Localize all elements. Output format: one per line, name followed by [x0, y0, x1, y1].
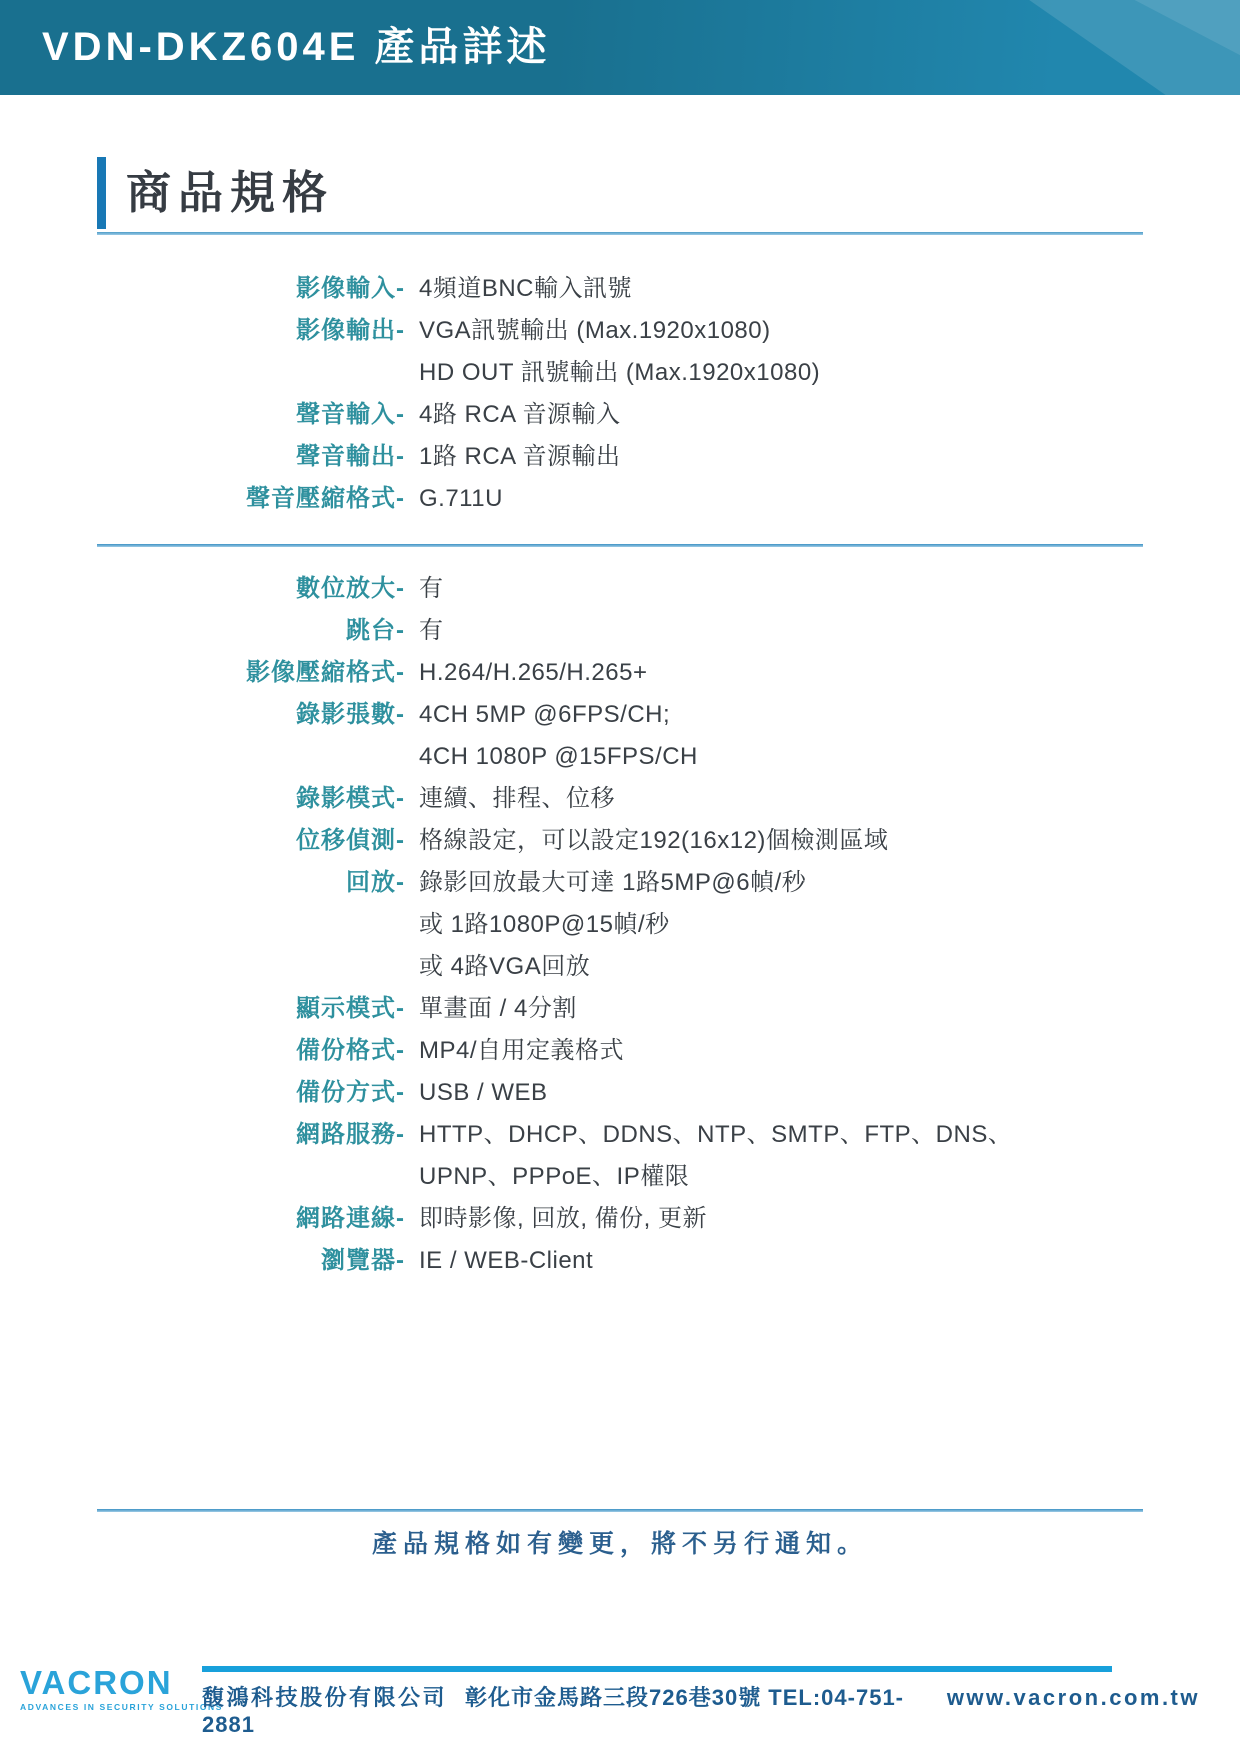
- spec-label: 跳台-: [97, 610, 405, 652]
- footer-rule: [202, 1666, 1112, 1672]
- spec-row: 聲音壓縮格式- G.711U: [97, 478, 1143, 520]
- spec-value-line: IE / WEB-Client: [419, 1240, 1143, 1282]
- spec-value-line: 錄影回放最大可達 1路5MP@6幀/秒: [419, 862, 1143, 904]
- spec-value-line: H.264/H.265/H.265+: [419, 652, 1143, 694]
- spec-label: 錄影張數-: [97, 694, 405, 778]
- spec-label: 瀏覽器-: [97, 1240, 405, 1282]
- spec-value-line: 4頻道BNC輸入訊號: [419, 268, 1143, 310]
- page-title: VDN-DKZ604E 產品詳述: [0, 0, 1240, 95]
- spec-row: 錄影張數- 4CH 5MP @6FPS/CH;4CH 1080P @15FPS/…: [97, 694, 1143, 778]
- spec-label: 聲音壓縮格式-: [97, 478, 405, 520]
- spec-label: 聲音輸入-: [97, 394, 405, 436]
- spec-value: 有: [419, 568, 1143, 610]
- spec-value: 單畫面 / 4分割: [419, 988, 1143, 1030]
- spec-value-line: 4CH 1080P @15FPS/CH: [419, 736, 1143, 778]
- footer: VACRON ADVANCES IN SECURITY SOLUTIONS 馥鴻…: [20, 1666, 1200, 1738]
- footer-company: 馥鴻科技股份有限公司: [202, 1685, 447, 1710]
- spec-row: 網路連線- 即時影像, 回放, 備份, 更新: [97, 1198, 1143, 1240]
- spec-value-line: HD OUT 訊號輸出 (Max.1920x1080): [419, 352, 1143, 394]
- spec-value: 連續、排程、位移: [419, 778, 1143, 820]
- spec-row: 聲音輸入- 4路 RCA 音源輸入: [97, 394, 1143, 436]
- spec-label: 數位放大-: [97, 568, 405, 610]
- spec-value-line: 即時影像, 回放, 備份, 更新: [419, 1198, 1143, 1240]
- spec-value-line: 格線設定，可以設定192(16x12)個檢測區域: [419, 820, 1143, 862]
- spec-section-recording-network: 數位放大- 有 跳台- 有 影像壓縮格式- H.264/H.265/H.265+…: [97, 568, 1143, 1282]
- spec-label: 備份格式-: [97, 1030, 405, 1072]
- spec-row: 聲音輸出- 1路 RCA 音源輸出: [97, 436, 1143, 478]
- spec-value-line: 1路 RCA 音源輸出: [419, 436, 1143, 478]
- spec-row: 顯示模式- 單畫面 / 4分割: [97, 988, 1143, 1030]
- spec-value-line: VGA訊號輸出 (Max.1920x1080): [419, 310, 1143, 352]
- section-divider: [97, 544, 1143, 547]
- section-title: 商品規格: [97, 157, 1143, 229]
- spec-value: IE / WEB-Client: [419, 1240, 1143, 1282]
- spec-value: USB / WEB: [419, 1072, 1143, 1114]
- footer-text-row: 馥鴻科技股份有限公司彰化市金馬路三段726巷30號 TEL:04-751-288…: [202, 1681, 1200, 1738]
- spec-value: VGA訊號輸出 (Max.1920x1080)HD OUT 訊號輸出 (Max.…: [419, 310, 1143, 394]
- spec-row: 影像壓縮格式- H.264/H.265/H.265+: [97, 652, 1143, 694]
- spec-label: 網路服務-: [97, 1114, 405, 1198]
- spec-row: 網路服務- HTTP、DHCP、DDNS、NTP、SMTP、FTP、DNS、UP…: [97, 1114, 1143, 1198]
- spec-row: 數位放大- 有: [97, 568, 1143, 610]
- spec-value-line: 或 4路VGA回放: [419, 946, 1143, 988]
- vacron-logo-tagline: ADVANCES IN SECURITY SOLUTIONS: [20, 1702, 188, 1712]
- spec-value-line: 4路 RCA 音源輸入: [419, 394, 1143, 436]
- spec-value: 4路 RCA 音源輸入: [419, 394, 1143, 436]
- spec-label: 影像壓縮格式-: [97, 652, 405, 694]
- spec-row: 備份格式- MP4/自用定義格式: [97, 1030, 1143, 1072]
- spec-value-line: 有: [419, 610, 1143, 652]
- spec-label: 備份方式-: [97, 1072, 405, 1114]
- vacron-logo-wordmark: VACRON: [20, 1668, 188, 1698]
- spec-row: 影像輸出- VGA訊號輸出 (Max.1920x1080)HD OUT 訊號輸出…: [97, 310, 1143, 394]
- spec-value-line: G.711U: [419, 478, 1143, 520]
- spec-label: 影像輸出-: [97, 310, 405, 394]
- spec-row: 回放- 錄影回放最大可達 1路5MP@6幀/秒或 1路1080P@15幀/秒或 …: [97, 862, 1143, 988]
- spec-value: HTTP、DHCP、DDNS、NTP、SMTP、FTP、DNS、UPNP、PPP…: [419, 1114, 1143, 1198]
- spec-row: 錄影模式- 連續、排程、位移: [97, 778, 1143, 820]
- spec-value: 格線設定，可以設定192(16x12)個檢測區域: [419, 820, 1143, 862]
- spec-row: 備份方式- USB / WEB: [97, 1072, 1143, 1114]
- spec-value-line: USB / WEB: [419, 1072, 1143, 1114]
- spec-value: MP4/自用定義格式: [419, 1030, 1143, 1072]
- footer-website: www.vacron.com.tw: [947, 1685, 1200, 1711]
- spec-sheet-page: VDN-DKZ604E 產品詳述 商品規格 影像輸入- 4頻道BNC輸入訊號 影…: [0, 0, 1240, 1754]
- vacron-logo: VACRON ADVANCES IN SECURITY SOLUTIONS: [20, 1666, 188, 1712]
- spec-row: 跳台- 有: [97, 610, 1143, 652]
- spec-label: 錄影模式-: [97, 778, 405, 820]
- spec-value: 有: [419, 610, 1143, 652]
- spec-label: 聲音輸出-: [97, 436, 405, 478]
- spec-value: 錄影回放最大可達 1路5MP@6幀/秒或 1路1080P@15幀/秒或 4路VG…: [419, 862, 1143, 988]
- spec-label: 影像輸入-: [97, 268, 405, 310]
- content-area: 商品規格 影像輸入- 4頻道BNC輸入訊號 影像輸出- VGA訊號輸出 (Max…: [0, 157, 1240, 1565]
- spec-value-line: 或 1路1080P@15幀/秒: [419, 904, 1143, 946]
- spec-label: 網路連線-: [97, 1198, 405, 1240]
- spec-list: 影像輸入- 4頻道BNC輸入訊號 影像輸出- VGA訊號輸出 (Max.1920…: [97, 235, 1143, 1565]
- footer-company-address: 馥鴻科技股份有限公司彰化市金馬路三段726巷30號 TEL:04-751-288…: [202, 1681, 947, 1738]
- spec-value: H.264/H.265/H.265+: [419, 652, 1143, 694]
- spec-value: G.711U: [419, 478, 1143, 520]
- spec-value-line: 有: [419, 568, 1143, 610]
- spec-value-line: UPNP、PPPoE、IP權限: [419, 1156, 1143, 1198]
- spec-value-line: 4CH 5MP @6FPS/CH;: [419, 694, 1143, 736]
- spec-value-line: 連續、排程、位移: [419, 778, 1143, 820]
- product-header: VDN-DKZ604E 產品詳述: [0, 0, 1240, 95]
- spec-change-note: 產品規格如有變更，將不另行通知。: [97, 1523, 1143, 1565]
- spec-value-line: 單畫面 / 4分割: [419, 988, 1143, 1030]
- spec-label: 位移偵測-: [97, 820, 405, 862]
- spec-value: 即時影像, 回放, 備份, 更新: [419, 1198, 1143, 1240]
- section-divider-bottom: [97, 1509, 1143, 1512]
- spec-row: 瀏覽器- IE / WEB-Client: [97, 1240, 1143, 1282]
- spec-value-line: MP4/自用定義格式: [419, 1030, 1143, 1072]
- spec-value: 4CH 5MP @6FPS/CH;4CH 1080P @15FPS/CH: [419, 694, 1143, 778]
- spec-value: 4頻道BNC輸入訊號: [419, 268, 1143, 310]
- spec-row: 影像輸入- 4頻道BNC輸入訊號: [97, 268, 1143, 310]
- spec-value: 1路 RCA 音源輸出: [419, 436, 1143, 478]
- spec-label: 回放-: [97, 862, 405, 988]
- spec-label: 顯示模式-: [97, 988, 405, 1030]
- spec-section-video-audio: 影像輸入- 4頻道BNC輸入訊號 影像輸出- VGA訊號輸出 (Max.1920…: [97, 268, 1143, 520]
- spec-value-line: HTTP、DHCP、DDNS、NTP、SMTP、FTP、DNS、: [419, 1114, 1143, 1156]
- footer-info: 馥鴻科技股份有限公司彰化市金馬路三段726巷30號 TEL:04-751-288…: [202, 1666, 1200, 1738]
- spec-row: 位移偵測- 格線設定，可以設定192(16x12)個檢測區域: [97, 820, 1143, 862]
